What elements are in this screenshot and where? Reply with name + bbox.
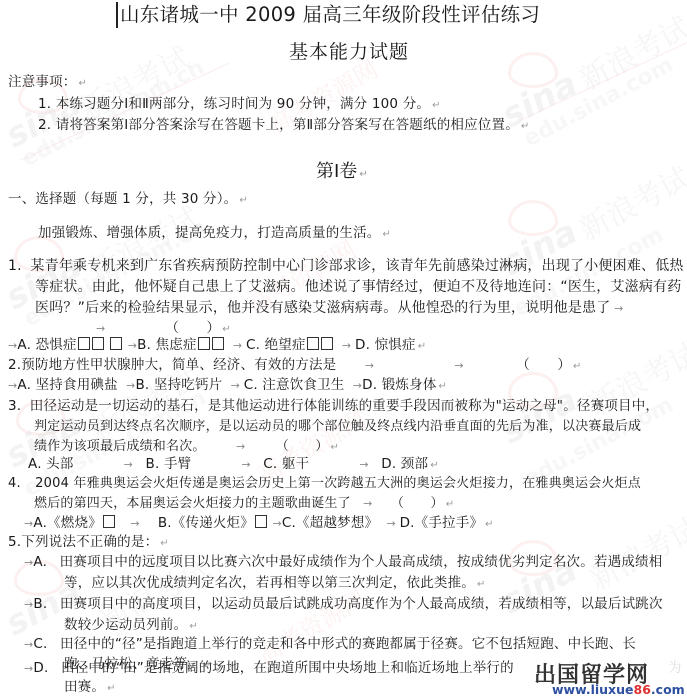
question-3-options: A. 头部→ B. 手臂→ C. 躯干→ D. 颈部↵ xyxy=(28,454,439,476)
option-d: D. 锻炼身体 xyxy=(362,377,436,393)
option-a: A.《燃烧》 xyxy=(33,515,102,531)
question-2: 2.预防地方性甲状腺肿大，简单、经济、有效的方法是 →→ （ ）↵ xyxy=(8,355,582,377)
question-5-option-a-line: 等，应以其次优成绩判定名次，若再相等以第三次判定，依此类推。↵ xyxy=(64,573,486,595)
question-5: 5.下列说法不正确的是：↵ xyxy=(8,532,169,554)
watermark-line xyxy=(520,35,687,120)
question-1-line: 医吗？”后来的检验结果显示，他并没有感染艾滋病病毒。从他惶恐的行为里，说明他是患… xyxy=(35,298,624,319)
option-a: A. 头部 xyxy=(28,456,74,472)
question-3: 3. 田径运动是一切运动的基石，是其他运动进行体能训练的重要手段因而被称为"运动… xyxy=(8,396,659,416)
question-5-option-d: →D. 田径中的“田”是指宽阔的场地，在跑道所围中央场地上和临近场地上举行的 xyxy=(24,658,514,679)
logo-url: www.liuxue86.com xyxy=(552,682,685,696)
option-c: C.《超越梦想》 xyxy=(282,515,378,531)
question-5-option-a: →A. 田赛项目中的远度项目以比赛六次中最好成绩作为个人最高成绩，按成绩优劣判定… xyxy=(24,552,662,573)
document-page: sina 新浪考试 edu.sina.com.cn sina 新浪考试 edu.… xyxy=(0,0,687,696)
watermark-sina-cn: 新浪考试 xyxy=(570,4,687,99)
option-d: D. 惊惧症 xyxy=(355,337,416,353)
intro-text: 加强锻炼、增强体质，提高免疫力，打造高质量的生活。↵ xyxy=(38,223,391,245)
question-1-line: 等症状。由此，他怀疑自己患上了艾滋病。他述说了事情经过，便迫不及待地连问：“医生… xyxy=(35,277,681,297)
option-a: A. 恐惧症 xyxy=(17,337,76,353)
question-4-line: 燃后的第四天，本届奥运会火炬接力的主题歌曲诞生了 → （ ）↵ xyxy=(34,494,454,515)
option-c: C. 躯干 xyxy=(263,456,309,472)
question-5-option-d-line: 田赛。↵ xyxy=(64,677,116,696)
option-c: C. 注意饮食卫生 xyxy=(244,377,345,393)
question-4: 4. 2004 年雅典奥运会火炬传递是奥运会历史上第一次跨越五大洲的奥运会火炬接… xyxy=(8,474,641,494)
note-item: 1. 本练习题分Ⅰ和Ⅱ两部分，练习时间为 90 分钟，满分 100 分。↵ xyxy=(38,94,441,116)
question-2-options: →A. 坚持食用碘盐 →B. 坚持吃钙片 → C. 注意饮食卫生 →D. 锻炼身… xyxy=(8,375,447,397)
option-c: C. 绝望症 xyxy=(246,337,306,353)
option-d: D. 颈部 xyxy=(381,456,428,472)
question-1-options: →A. 恐惧症 →B. 焦虑症 → C. 绝望症 → D. 惊惧症↵ xyxy=(8,335,426,357)
document-title: 山东诸城一中 2009 届高三年级阶段性评估练习 xyxy=(116,2,540,28)
watermark-sina: sina xyxy=(495,380,584,452)
option-b: B. 坚持吃钙片 xyxy=(135,377,222,393)
part-heading: 一、选择题（每题 1 分，共 30 分）。↵ xyxy=(8,189,248,211)
section-title: 第Ⅰ卷↵ xyxy=(316,160,368,187)
watermark-sina-cn: 新浪考试 xyxy=(570,154,687,249)
liuxue86-logo: 出国留学网 www.liuxue86.com xyxy=(528,658,687,696)
question-5-option-b: →B. 田赛项目中的高度项目，以运动员最后试跳成功高度作为个人最高成绩，若成绩相… xyxy=(24,594,663,615)
option-b: B.《传递火炬》 xyxy=(158,515,254,531)
note-item: 2. 请将答案第Ⅰ部分答案涂写在答题卡上，第Ⅱ部分答案写在答题纸的相应位置。↵ xyxy=(38,115,530,137)
option-a: A. 坚持食用碘盐 xyxy=(17,377,117,393)
question-1: 1. 某青年乘专机来到广东省疾病预防控制中心门诊部求诊，该青年先前感染过淋病，出… xyxy=(8,256,684,276)
notes-heading: 注意事项：↵ xyxy=(8,72,87,94)
sina-eye-icon xyxy=(508,52,558,88)
question-3-line: 判定运动员到达终点名次顺序，是以运动员的哪个部位触及终点线内沿垂直面的先后为准，… xyxy=(34,417,641,437)
option-d: D.《手拉手》 xyxy=(400,515,484,531)
sina-eye-icon xyxy=(508,200,558,236)
question-5-option-c: →C. 田径中的“径”是指跑道上举行的竞走和各中形式的赛跑都属于径赛。它不包括短… xyxy=(24,634,636,655)
option-b: B. 焦虑症 xyxy=(137,337,197,353)
option-b: B. 手臂 xyxy=(146,456,192,472)
watermark-domain: edu.sina.com xyxy=(520,52,678,152)
document-subtitle: 基本能力试题 xyxy=(289,39,409,65)
